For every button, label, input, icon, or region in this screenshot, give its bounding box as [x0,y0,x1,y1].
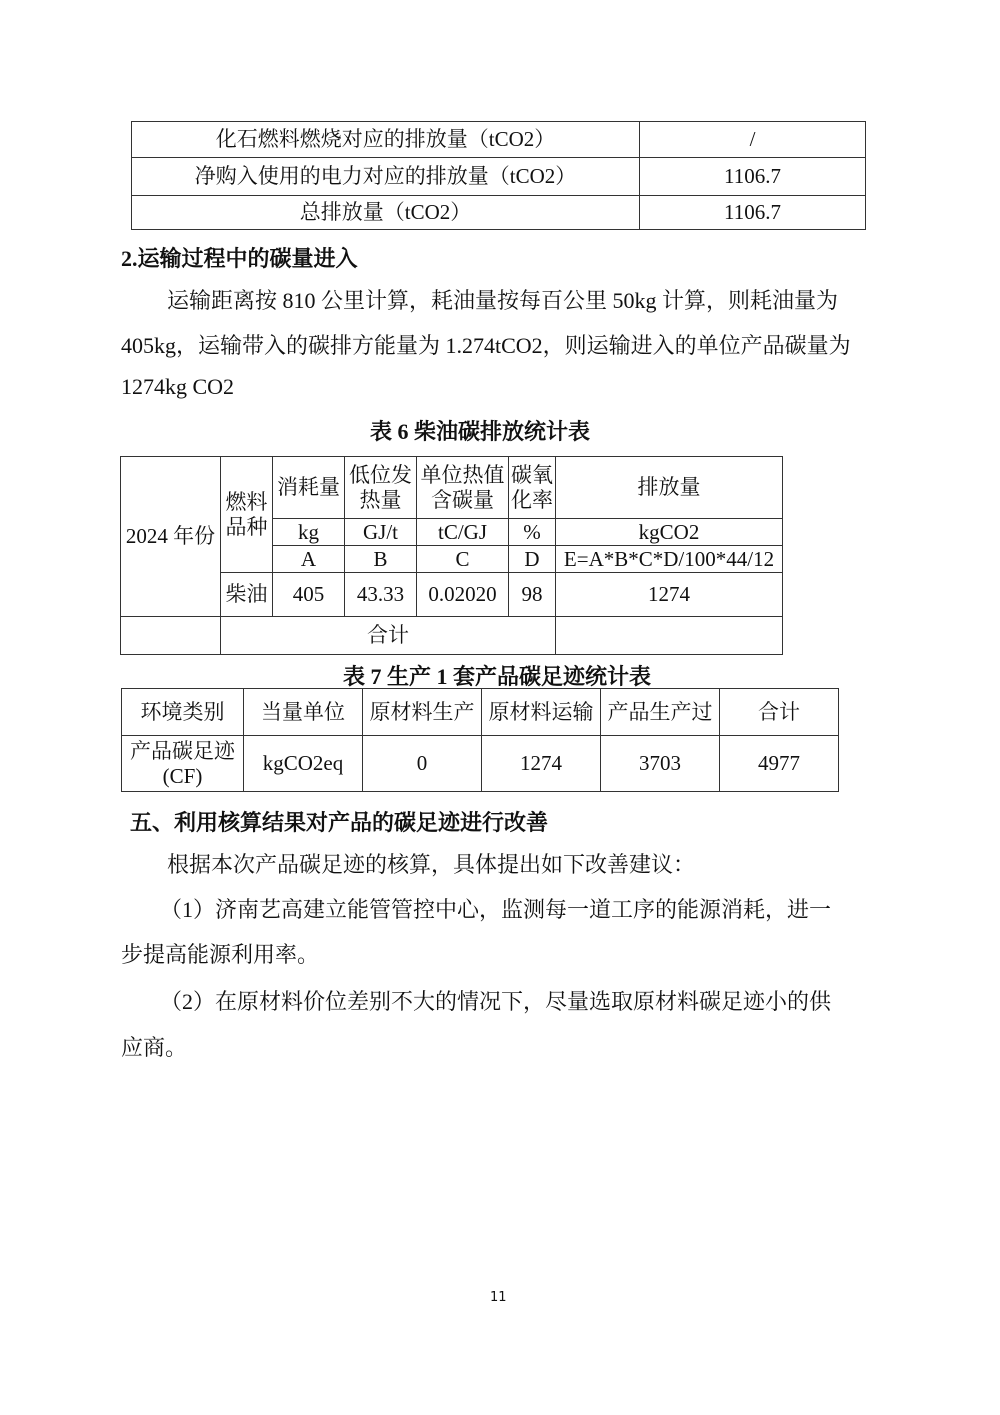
symbol-cell: C [417,546,509,573]
unit-cell: kg [273,519,345,546]
header-cell: 原材料运输 [482,689,601,736]
table-row: 产品碳足迹(CF) kgCO2eq 0 1274 3703 4977 [122,736,839,792]
value-cell: 43.33 [345,573,417,617]
paragraph-line: 根据本次产品碳足迹的核算，具体提出如下改善建议： [167,848,695,879]
header-cell: 消耗量 [273,457,345,519]
unit-cell: tC/GJ [417,519,509,546]
symbol-cell: A [273,546,345,573]
header-cell: 低位发热量 [345,457,417,519]
emissions-summary-table: 化石燃料燃烧对应的排放量（tCO2） / 净购入使用的电力对应的排放量（tCO2… [131,121,866,230]
header-cell: 合计 [720,689,839,736]
value-cell: kgCO2eq [244,736,363,792]
carbon-footprint-table: 环境类别 当量单位 原材料生产 原材料运输 产品生产过 合计 产品碳足迹(CF)… [121,688,839,792]
table-cell: / [640,122,866,158]
value-cell: 3703 [601,736,720,792]
category-cell: 产品碳足迹(CF) [122,736,244,792]
fuel-cell: 柴油 [221,573,273,617]
table-row: 净购入使用的电力对应的排放量（tCO2） 1106.7 [132,158,866,196]
paragraph-line: （1）济南艺高建立能管管控中心，监测每一道工序的能源消耗，进一 [160,893,831,924]
value-cell: 1274 [482,736,601,792]
value-cell: 4977 [720,736,839,792]
header-cell: 碳氧化率 [509,457,556,519]
table-row: 总排放量（tCO2） 1106.7 [132,196,866,230]
unit-cell: kgCO2 [556,519,783,546]
header-cell: 排放量 [556,457,783,519]
symbol-cell: D [509,546,556,573]
paragraph-line: 1274kg CO2 [121,374,234,400]
table-caption: 表 6 柴油碳排放统计表 [370,415,590,446]
table-cell: 总排放量（tCO2） [132,196,640,230]
year-cell: 2024 年份 [121,457,221,617]
symbol-cell: E=A*B*C*D/100*44/12 [556,546,783,573]
value-cell: 98 [509,573,556,617]
header-cell: 环境类别 [122,689,244,736]
value-cell: 0.02020 [417,573,509,617]
paragraph-line: 405kg，运输带入的碳排方能量为 1.274tCO2，则运输进入的单位产品碳量… [121,329,851,360]
section-heading: 五、利用核算结果对产品的碳足迹进行改善 [130,806,548,837]
total-label-cell: 合计 [221,617,556,655]
total-value-cell [556,617,783,655]
table-cell: 化石燃料燃烧对应的排放量（tCO2） [132,122,640,158]
paragraph-line: 步提高能源利用率。 [121,938,319,969]
paragraph-line: 运输距离按 810 公里计算，耗油量按每百公里 50kg 计算，则耗油量为 [167,284,838,315]
value-cell: 405 [273,573,345,617]
header-cell: 单位热值含碳量 [417,457,509,519]
fuel-type-cell: 燃料品种 [221,457,273,573]
value-cell: 1274 [556,573,783,617]
table-row: 合计 [121,617,783,655]
page-number: 11 [490,1290,507,1305]
table-row: 柴油 405 43.33 0.02020 98 1274 [121,573,783,617]
paragraph-line: （2）在原材料价位差别不大的情况下，尽量选取原材料碳足迹小的供 [160,985,831,1016]
symbol-cell: B [345,546,417,573]
table-cell: 1106.7 [640,158,866,196]
table-cell: 1106.7 [640,196,866,230]
header-cell: 当量单位 [244,689,363,736]
value-cell: 0 [363,736,482,792]
header-cell: 原材料生产 [363,689,482,736]
paragraph-line: 应商。 [121,1031,187,1062]
unit-cell: GJ/t [345,519,417,546]
section-heading: 2.运输过程中的碳量进入 [121,242,358,273]
table-cell: 净购入使用的电力对应的排放量（tCO2） [132,158,640,196]
blank-cell [121,617,221,655]
unit-cell: % [509,519,556,546]
table-row: 环境类别 当量单位 原材料生产 原材料运输 产品生产过 合计 [122,689,839,736]
diesel-emission-table: 2024 年份 燃料品种 消耗量 低位发热量 单位热值含碳量 碳氧化率 排放量 … [120,456,783,655]
header-cell: 产品生产过 [601,689,720,736]
table-row: 2024 年份 燃料品种 消耗量 低位发热量 单位热值含碳量 碳氧化率 排放量 [121,457,783,519]
table-caption: 表 7 生产 1 套产品碳足迹统计表 [343,660,651,691]
table-row: 化石燃料燃烧对应的排放量（tCO2） / [132,122,866,158]
